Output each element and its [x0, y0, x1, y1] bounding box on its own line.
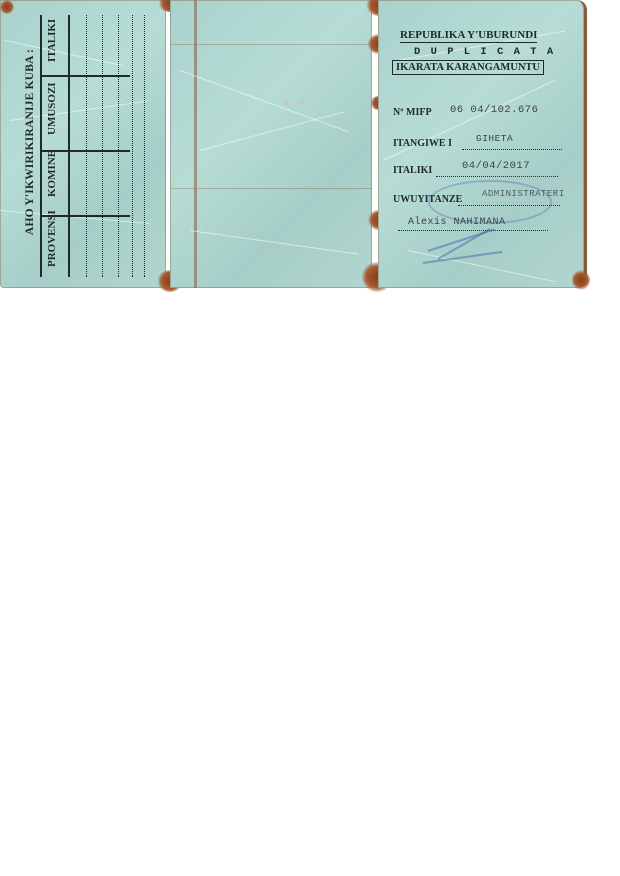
- dotted-line: [458, 205, 560, 206]
- table-rule: [40, 15, 42, 277]
- crease-mark: [200, 111, 345, 151]
- column-header-komine: KOMINE: [46, 150, 58, 197]
- table-title: AHO Y'IKWIRIKIRANIJE KUBA :: [24, 7, 36, 277]
- field-value-mifp: 06 04/102.676: [450, 104, 538, 116]
- field-value-italiki: 04/04/2017: [462, 160, 530, 172]
- header-duplicate: D U P L I C A T A: [414, 46, 555, 58]
- middle-panel: [170, 0, 372, 288]
- table-row-dotted: [102, 15, 103, 277]
- speck: [298, 100, 304, 106]
- field-label-mifp: Nº MIFP: [393, 107, 432, 118]
- dotted-line: [462, 149, 562, 150]
- header-card-title: IKARATA KARANGAMUNTU: [392, 60, 544, 75]
- signatory-name: Alexis NAHIMANA: [408, 217, 506, 228]
- crease-mark: [190, 230, 358, 255]
- table-row-dotted: [86, 15, 87, 277]
- column-divider: [40, 150, 130, 152]
- column-header-italiki: ITALIKI: [46, 19, 58, 62]
- identity-card: AHO Y'IKWIRIKIRANIJE KUBA : PROVENSI KOM…: [0, 0, 585, 290]
- residence-history-table: AHO Y'IKWIRIKIRANIJE KUBA : PROVENSI KOM…: [18, 0, 158, 285]
- crease-mark: [180, 70, 349, 133]
- column-divider: [40, 215, 130, 217]
- left-panel: AHO Y'IKWIRIKIRANIJE KUBA : PROVENSI KOM…: [0, 0, 166, 288]
- table-row-dotted: [132, 15, 133, 277]
- column-header-umusozi: UMUSOZI: [46, 82, 58, 135]
- table-row-dotted: [118, 15, 119, 277]
- right-panel: REPUBLIKA Y'UBURUNDI D U P L I C A T A I…: [378, 0, 587, 288]
- fold-line: [170, 188, 372, 189]
- rust-stain: [0, 0, 14, 14]
- field-label-italiki: ITALIKI: [393, 165, 432, 176]
- dotted-line: [436, 176, 558, 177]
- dotted-line: [398, 230, 548, 231]
- field-value-itangiwe: GIHETA: [476, 133, 513, 144]
- field-value-uwuyitanze: ADMINISTRATERI: [482, 189, 565, 199]
- rust-stain: [572, 270, 590, 290]
- speck: [283, 100, 289, 106]
- field-label-itangiwe: ITANGIWE I: [393, 138, 452, 149]
- column-divider: [40, 75, 130, 77]
- table-row-dotted: [144, 15, 145, 277]
- header-republic: REPUBLIKA Y'UBURUNDI: [400, 29, 537, 43]
- table-rule: [68, 15, 70, 277]
- field-label-uwuyitanze: UWUYITANZE: [393, 194, 462, 205]
- column-header-provensi: PROVENSI: [46, 210, 58, 267]
- fold-line: [170, 44, 372, 45]
